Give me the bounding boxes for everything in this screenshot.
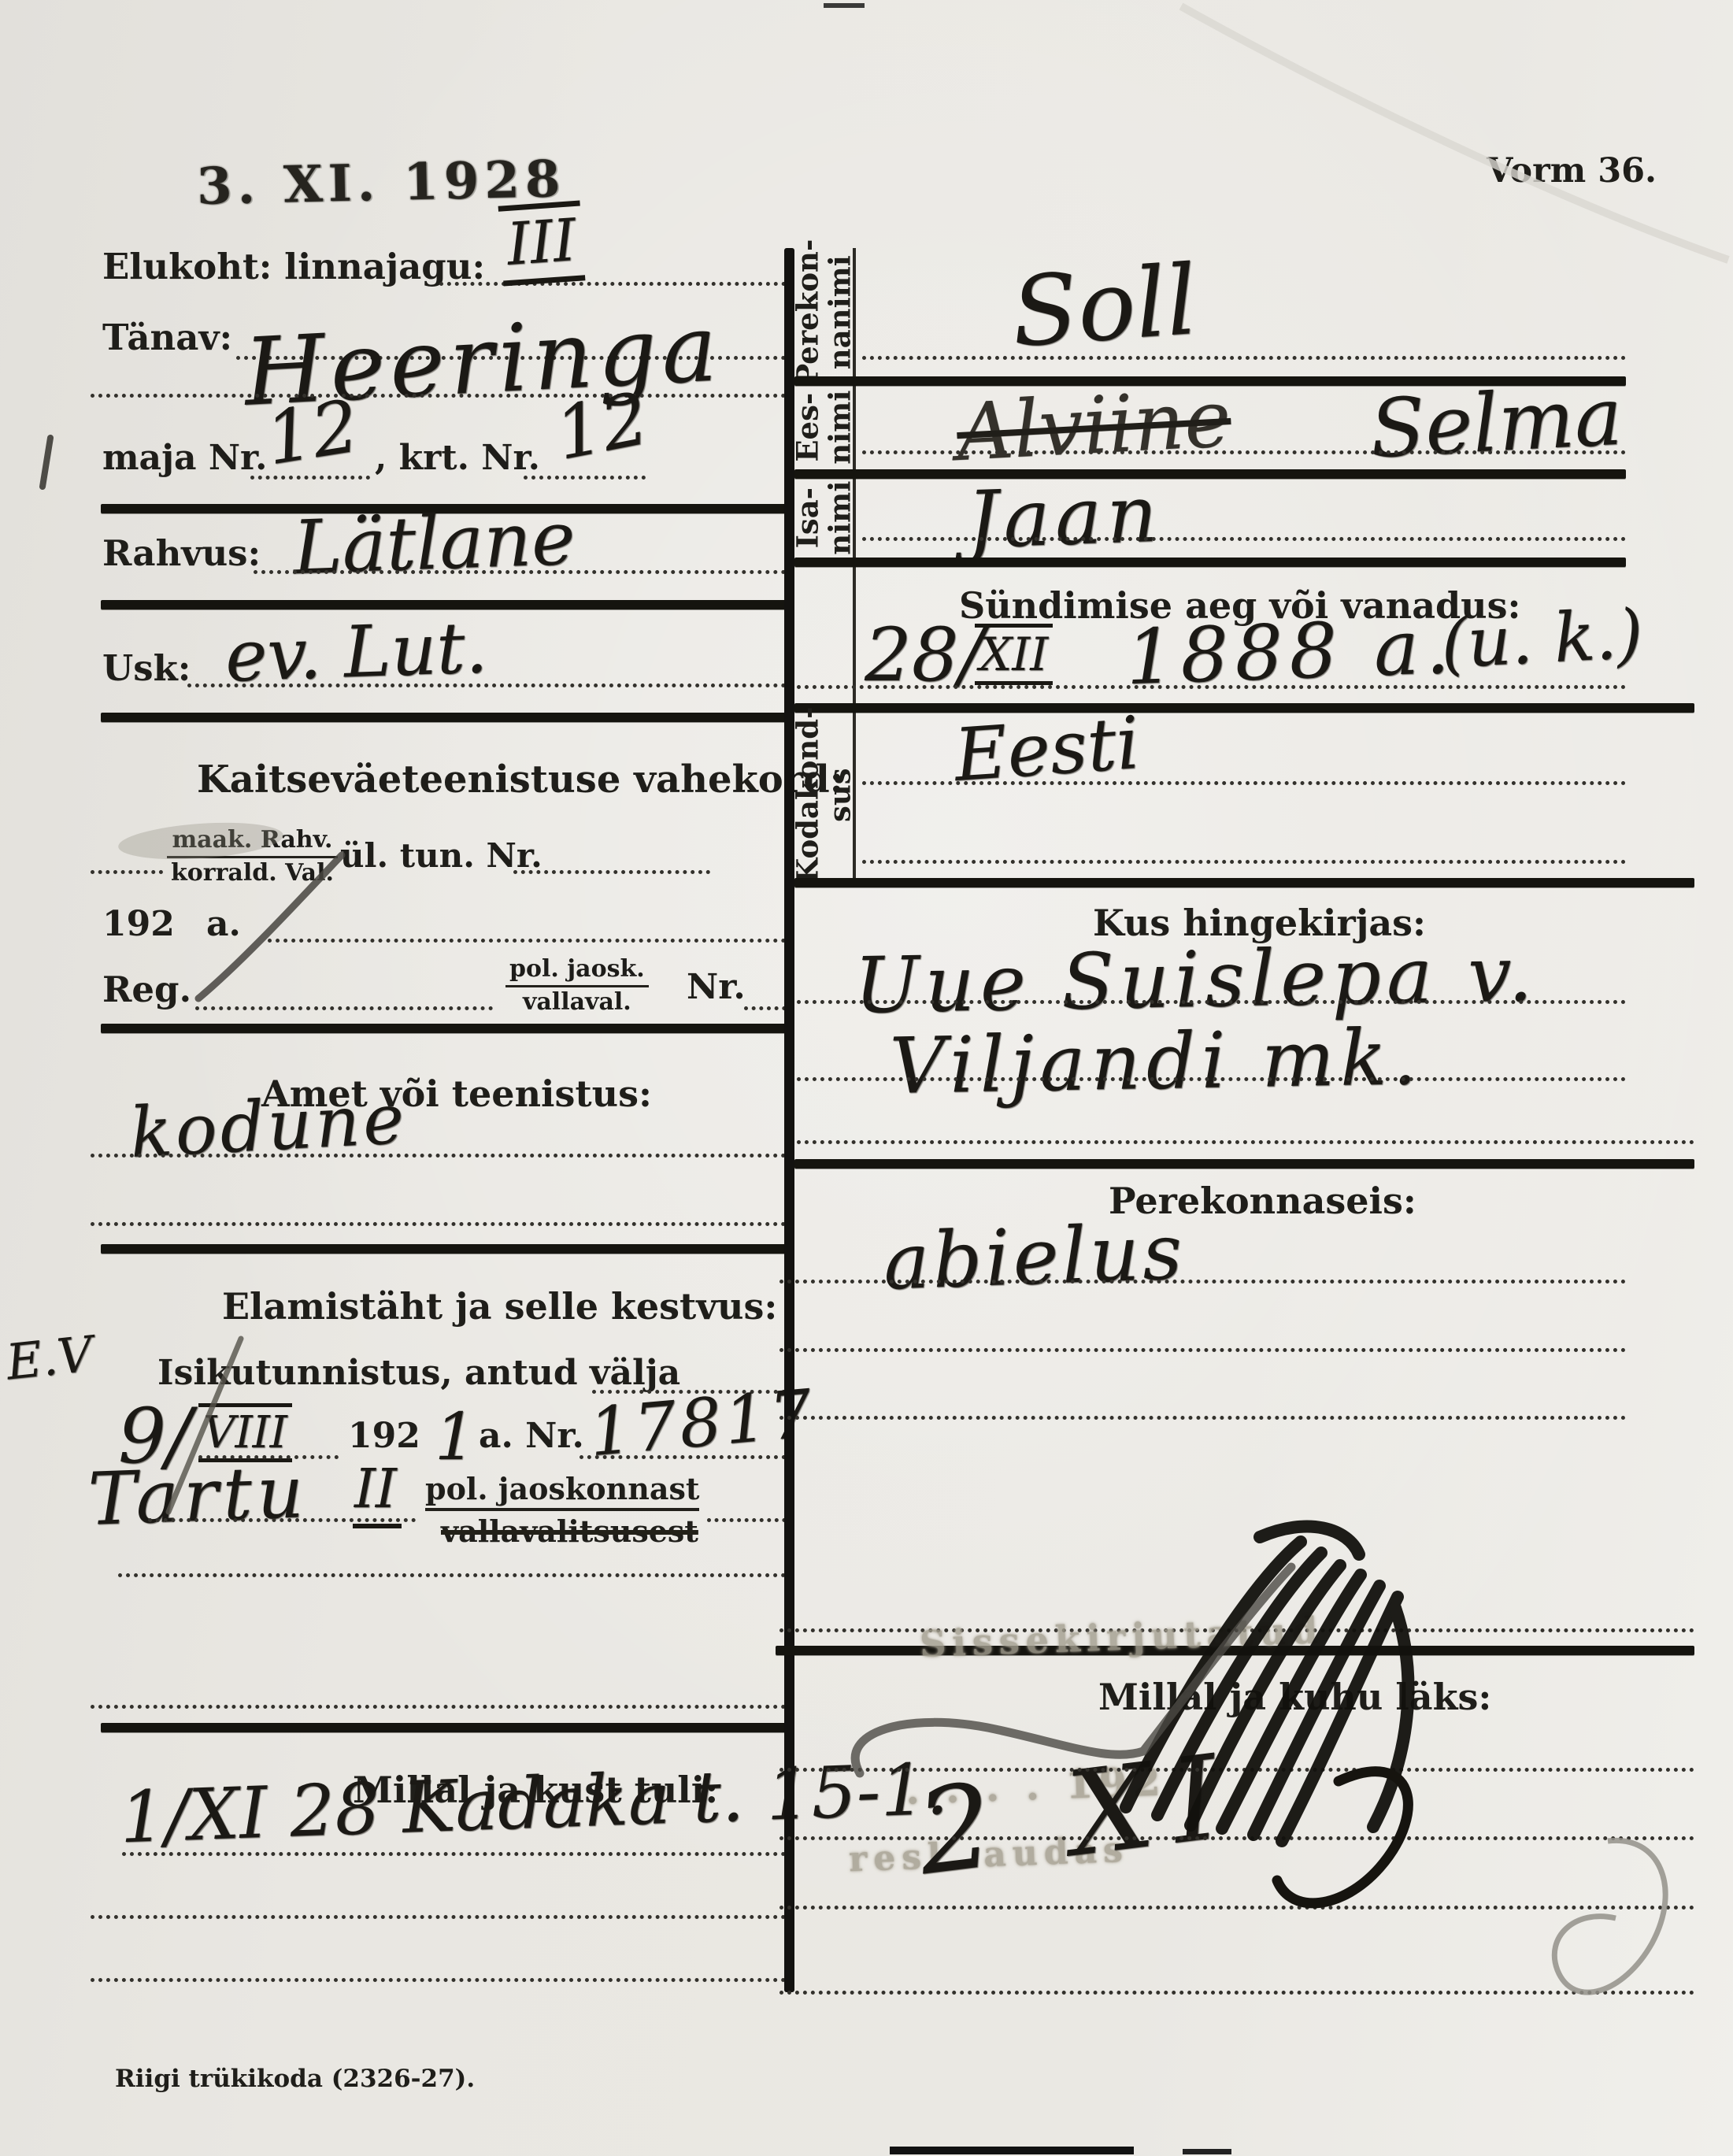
arrival-value: 1/XI 28 Kadaka t. 15-1. xyxy=(118,1748,949,1860)
ruled-line xyxy=(707,1518,794,1522)
ruled-line xyxy=(797,1140,1694,1144)
ruled-line xyxy=(250,476,370,480)
occupation-value: kodune xyxy=(128,1078,409,1173)
ruled-line xyxy=(779,1348,1626,1352)
fraction-bottom: vallaval. xyxy=(505,987,649,1017)
nationality-label: Rahvus: xyxy=(102,532,261,574)
military-year-prefix: 192 xyxy=(102,904,175,944)
section-rule xyxy=(794,1159,1694,1169)
surname-label-cell: Perekon- nanimi xyxy=(794,248,853,376)
form-number: Vorm 36. xyxy=(1487,151,1657,191)
permit-year-written: 1 xyxy=(435,1400,476,1475)
paper-crease xyxy=(1181,6,1728,260)
surname-label: Perekon- nanimi xyxy=(791,239,855,386)
scan-edge-artifact xyxy=(1183,2149,1231,2154)
ruled-line xyxy=(91,1154,794,1158)
departure-value: 2 XI xyxy=(910,1728,1246,1902)
section-rule xyxy=(794,469,1626,479)
house-label: maja Nr. xyxy=(102,438,268,478)
apartment-label: , krt. Nr. xyxy=(375,438,540,478)
military-cert-label: ül. tun. Nr. xyxy=(340,836,542,875)
residence-label: Elukoht: linnajagu: xyxy=(102,246,485,287)
departure-heading: Millal ja kuhu läks: xyxy=(1098,1676,1491,1718)
ruled-line xyxy=(254,570,794,574)
ruled-line xyxy=(797,1000,1626,1004)
section-rule xyxy=(794,878,1694,887)
ruled-line xyxy=(862,537,1626,541)
parish-line2: Viljandi mk. xyxy=(889,1013,1423,1112)
ruled-line xyxy=(513,870,710,874)
permit-label: Isikutunnistus, antud välja xyxy=(157,1353,680,1393)
ruled-line xyxy=(797,1077,1626,1081)
ruled-line xyxy=(187,683,794,687)
registration-card-scan: 3. XI. 1928 Vorm 36. Elukoht: linnajagu:… xyxy=(0,0,1733,2156)
ruled-line xyxy=(779,1280,1626,1284)
first-name-label: Ees- nimi xyxy=(791,391,855,465)
military-year-suffix: a. xyxy=(206,904,241,944)
residence-value: III xyxy=(498,201,586,287)
ruled-line xyxy=(439,282,794,286)
first-name-struck-value: Alviine xyxy=(954,372,1233,479)
pencil-loop xyxy=(1554,1840,1665,1992)
permit-year-printed: 192 xyxy=(348,1416,420,1456)
margin-tick xyxy=(43,438,50,487)
father-name-label: Isa- nimi xyxy=(791,481,855,555)
permit-issuer-struck: vallavalitsusest xyxy=(441,1513,698,1549)
citizenship-label-cell: Kodakond- sus xyxy=(794,713,853,878)
ruled-line xyxy=(91,1222,794,1226)
military-reg-label: Reg. xyxy=(102,969,191,1010)
ruled-line xyxy=(862,781,1626,785)
fraction-bottom: korrald. Val. xyxy=(167,858,338,888)
permit-issuer: pol. jaoskonnast xyxy=(425,1471,699,1511)
section-rule xyxy=(794,558,1626,567)
ruled-line xyxy=(91,870,163,874)
apartment-value: 12 xyxy=(549,376,655,476)
ruled-line xyxy=(779,1416,1626,1420)
ruled-line xyxy=(580,1455,794,1459)
military-authority-fraction: maak. Rahv. korrald. Val. xyxy=(167,825,338,887)
section-rule xyxy=(101,713,794,722)
ruled-line xyxy=(118,1573,794,1577)
ruled-line xyxy=(122,1852,794,1856)
ruled-line xyxy=(91,1915,794,1919)
fraction-top: maak. Rahv. xyxy=(167,825,338,858)
first-name-label-cell: Ees- nimi xyxy=(794,386,853,469)
fraction-top: pol. jaosk. xyxy=(505,954,649,987)
ruled-line xyxy=(91,1978,794,1982)
birth-calendar-note: (u. k.) xyxy=(1439,595,1646,683)
permit-heading: Elamistäht ja selle kestvus: xyxy=(222,1285,777,1328)
first-name-value: Selma xyxy=(1368,370,1624,477)
scan-edge-artifact xyxy=(824,3,865,8)
ruled-line xyxy=(862,860,1626,864)
permit-margin-note: E.V xyxy=(3,1324,95,1391)
section-rule xyxy=(794,703,1694,713)
ruled-line xyxy=(779,1768,1694,1772)
ruled-line xyxy=(862,356,1626,360)
ruled-line xyxy=(779,1991,1694,1995)
birth-month: XII xyxy=(975,624,1053,685)
section-rule xyxy=(101,1723,794,1732)
house-value: 12 xyxy=(260,384,364,482)
citizenship-label: Kodakond- sus xyxy=(791,707,855,884)
religion-label: Usk: xyxy=(102,647,191,689)
permit-a-nr-label: a. Nr. xyxy=(479,1416,584,1456)
military-police-fraction: pol. jaosk. vallaval. xyxy=(505,954,649,1017)
street-label: Tänav: xyxy=(102,317,232,358)
ruled-line xyxy=(195,1006,493,1010)
ruled-line xyxy=(862,450,1626,454)
father-name-label-cell: Isa- nimi xyxy=(794,479,853,558)
ruled-line xyxy=(779,1836,1694,1840)
ruled-line xyxy=(148,1518,416,1522)
nationality-value: Lätlane xyxy=(291,496,576,591)
ruled-line xyxy=(91,394,794,398)
scan-edge-artifact xyxy=(890,2147,1134,2154)
surname-value: Soll xyxy=(1008,244,1200,369)
military-section-heading: Kaitseväeteenistuse vahekord: xyxy=(197,758,843,802)
father-name-value: Jaan xyxy=(965,468,1164,567)
ruled-line xyxy=(779,1906,1694,1910)
permit-city: Tartu xyxy=(87,1450,309,1542)
section-rule xyxy=(101,1024,794,1033)
departure-stamp-line1: Sissekirjutatud xyxy=(919,1609,1324,1665)
ruled-line xyxy=(797,685,1626,689)
printer-note: Riigi trükikoda (2326-27). xyxy=(115,2065,475,2093)
ruled-line xyxy=(268,939,794,943)
military-nr-label: Nr. xyxy=(687,967,746,1007)
ruled-line xyxy=(91,1705,794,1709)
ruled-line xyxy=(524,476,646,480)
marital-value: abielus xyxy=(882,1207,1187,1307)
section-rule xyxy=(101,1244,794,1254)
